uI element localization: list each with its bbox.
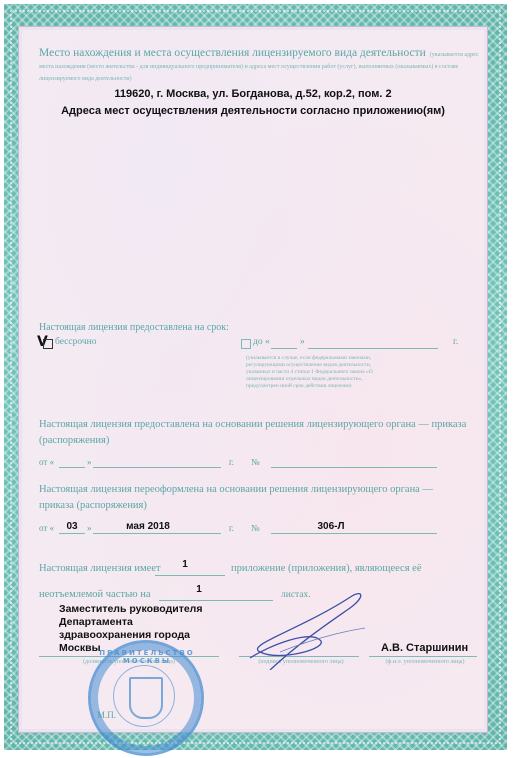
name-line — [369, 656, 477, 657]
reissued-from-label: от « — [39, 523, 54, 533]
name-caption: (ф.и.о. уполномоченного лица) — [371, 658, 479, 666]
reissued-number-label: № — [251, 523, 260, 533]
handwritten-signature — [240, 590, 370, 670]
granted-day-line — [59, 467, 85, 468]
granted-number-line — [271, 467, 437, 468]
signer-name: А.В. Старшинин — [381, 642, 468, 654]
reissued-month-line — [93, 533, 221, 534]
reissued-year-label: г. — [229, 523, 234, 533]
location-heading-block: Место нахождения и места осуществления л… — [39, 47, 479, 83]
reissued-text: Настоящая лицензия переоформлена на осно… — [39, 482, 469, 514]
until-day-line — [271, 348, 297, 349]
until-mid: » — [300, 337, 305, 347]
until-note: (указывается в случае, если федеральными… — [246, 355, 386, 390]
until-prefix: до « — [253, 337, 270, 347]
checkbox-unlimited[interactable] — [43, 339, 53, 349]
appendix-line2-before: неотъемлемой частью на — [39, 589, 150, 600]
term-label: Настоящая лицензия предоставлена на срок… — [39, 322, 229, 333]
term-unlimited-label: бессрочно — [55, 337, 96, 347]
granted-text: Настоящая лицензия предоставлена на осно… — [39, 417, 469, 449]
reissued-day-line — [59, 533, 85, 534]
until-suffix: г. — [453, 337, 458, 347]
granted-number-label: № — [251, 457, 260, 467]
granted-month-line — [93, 467, 221, 468]
addresses-note: Адреса мест осуществления деятельности с… — [19, 105, 487, 117]
reissued-day: 03 — [59, 521, 85, 532]
signer-position-line-1: Заместитель руководителя — [59, 603, 202, 616]
appendix-count-line — [155, 575, 225, 576]
sheets-count: 1 — [159, 584, 239, 595]
appendix-count: 1 — [155, 559, 215, 570]
until-date-line — [308, 348, 438, 349]
appendix-text-before: Настоящая лицензия имеет — [39, 563, 161, 574]
location-heading: Место нахождения и места осуществления л… — [39, 47, 426, 59]
signer-position-line-2: Департамента — [59, 616, 202, 629]
granted-from-label: от « — [39, 457, 54, 467]
license-address: 119620, г. Москва, ул. Богданова, д.52, … — [19, 88, 487, 100]
moscow-coat-of-arms-icon — [129, 677, 163, 719]
reissued-quote-close: » — [87, 523, 92, 533]
reissued-month-year: мая 2018 — [93, 521, 203, 532]
granted-quote-close: » — [87, 457, 92, 467]
reissued-number-line — [271, 533, 437, 534]
stamp-outer-text: ПРАВИТЕЛЬСТВО МОСКВЫ — [99, 649, 195, 665]
signer-position-line-3: здравоохранения города — [59, 629, 202, 642]
checkbox-until[interactable] — [241, 339, 251, 349]
granted-year-label: г. — [229, 457, 234, 467]
reissued-number: 306-Л — [271, 521, 391, 532]
appendix-text-after: приложение (приложения), являющееся её — [231, 563, 422, 574]
official-stamp: ПРАВИТЕЛЬСТВО МОСКВЫ — [88, 640, 204, 756]
